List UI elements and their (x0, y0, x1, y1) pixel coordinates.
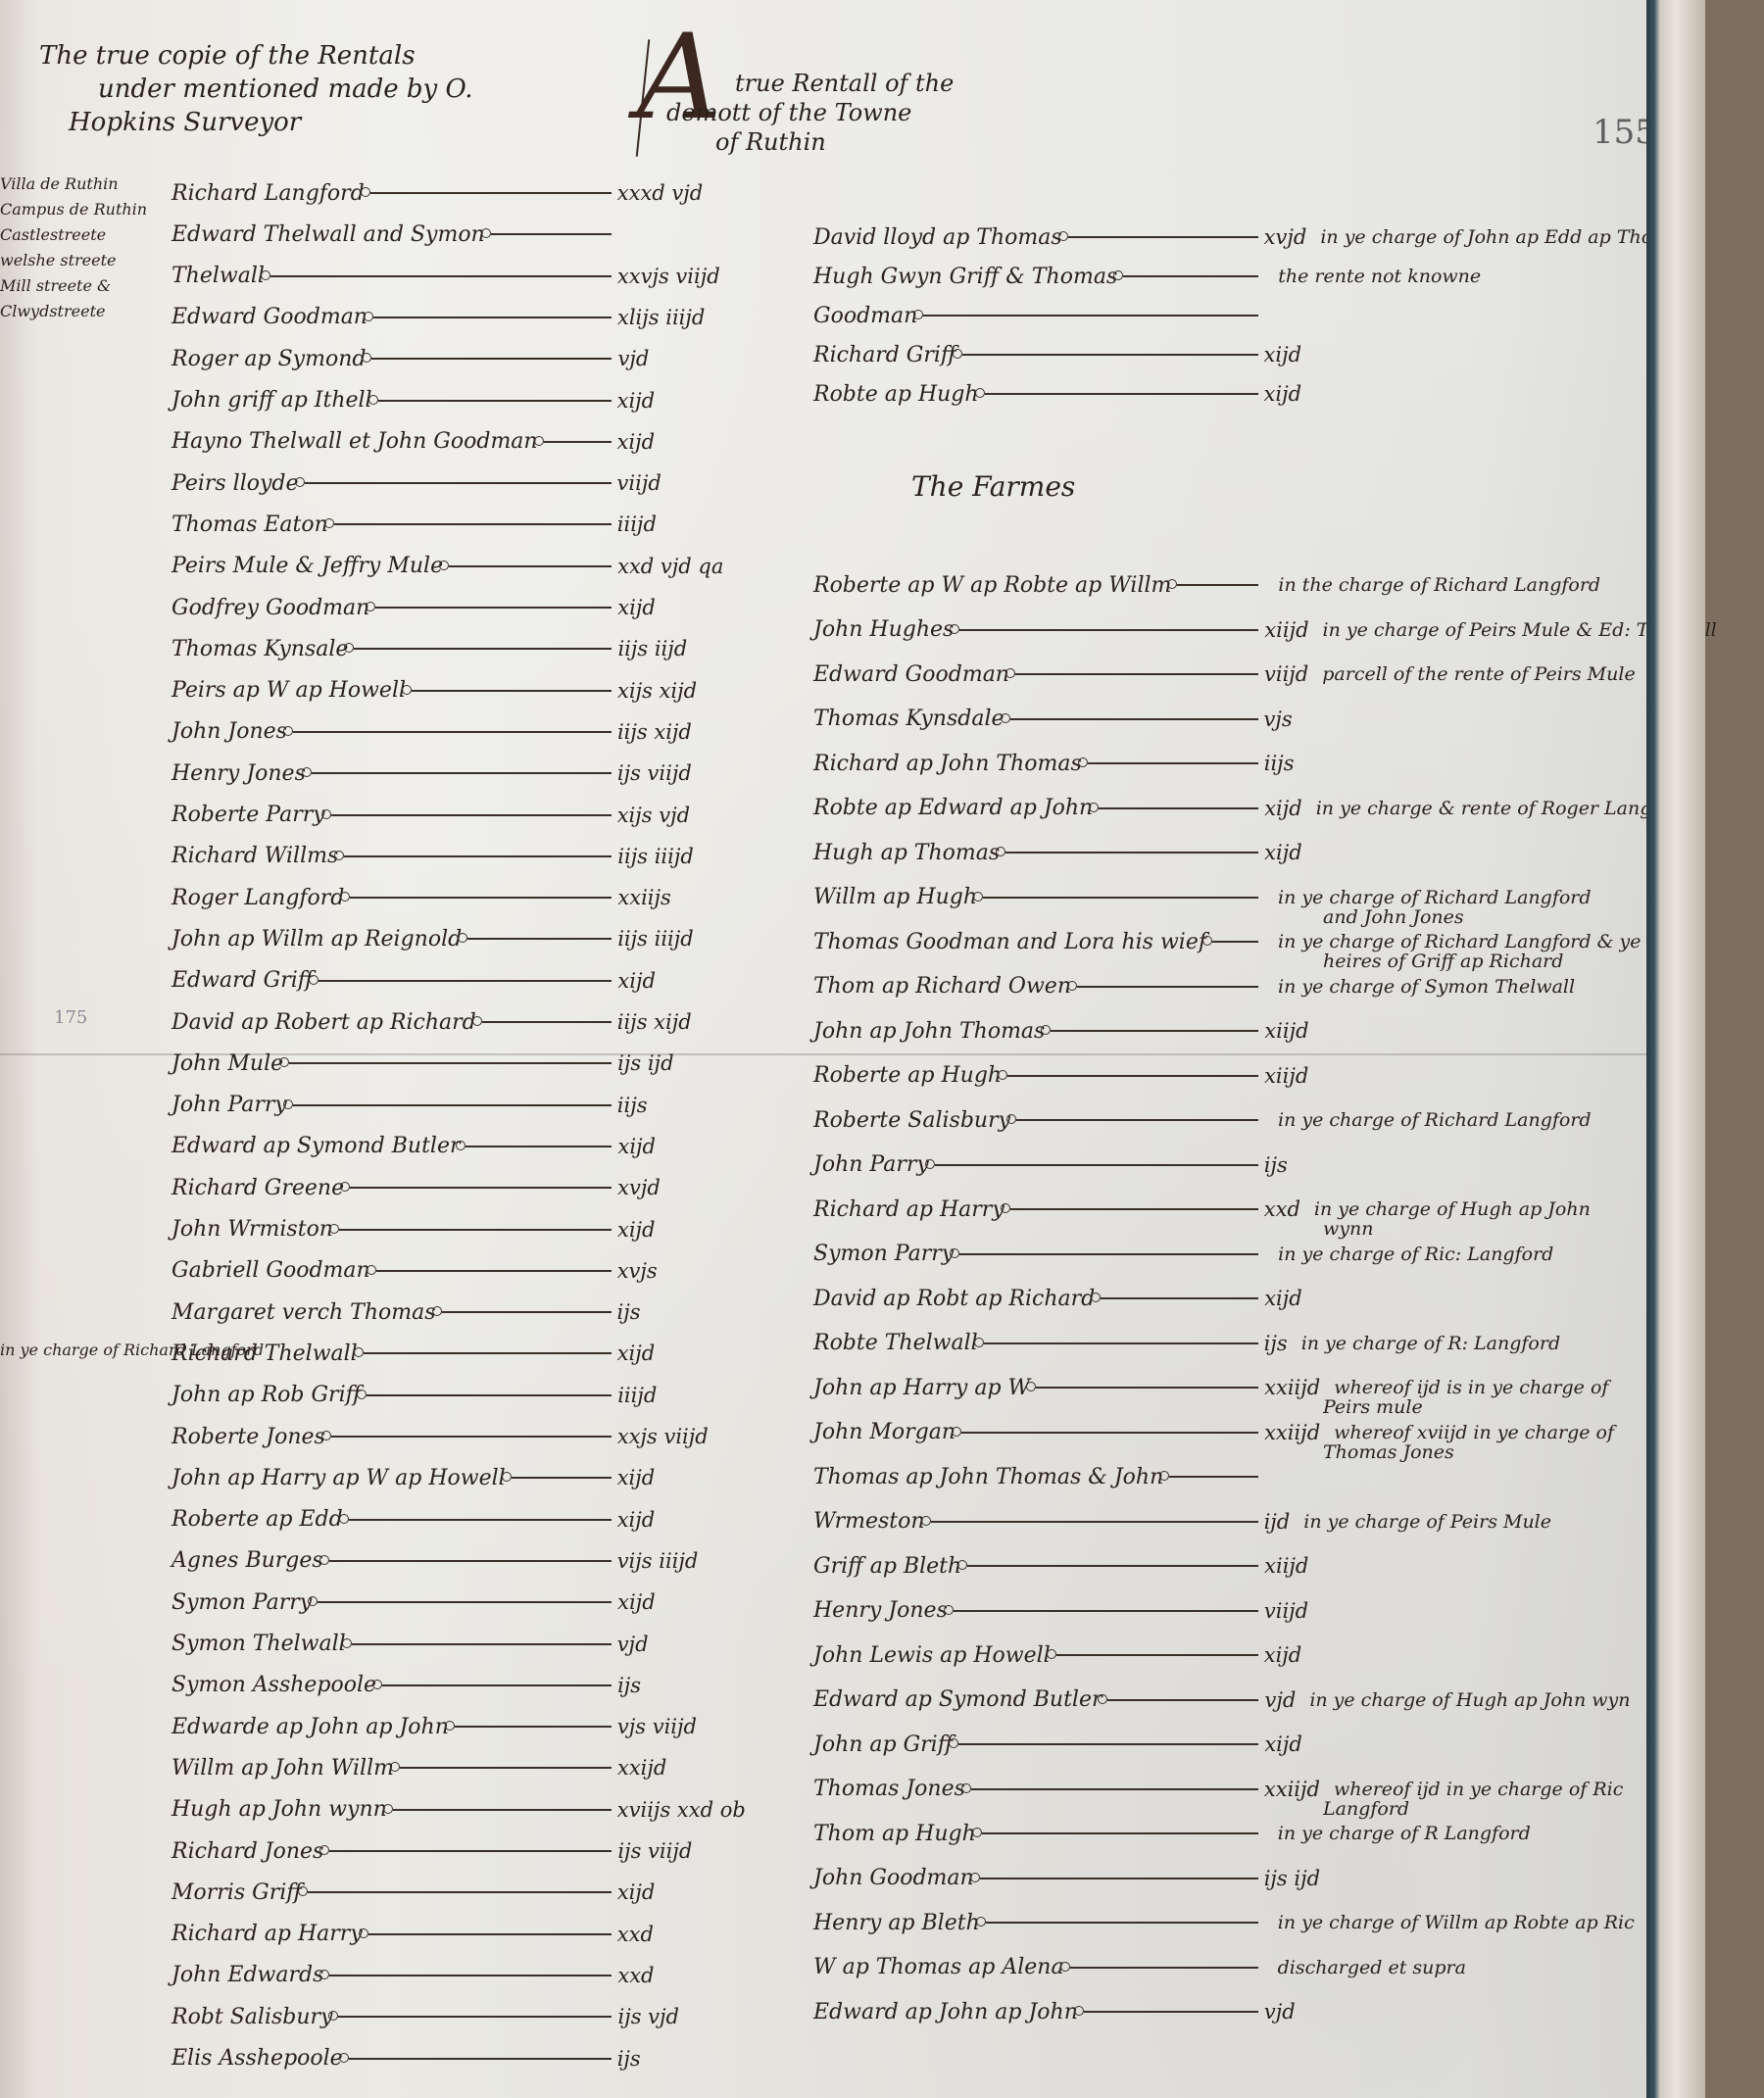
tenant-name: Symon Thelwall (171, 1632, 346, 1656)
rent-amount: xijd (1264, 797, 1302, 820)
rental-entry: Thomas ap John Thomas & John (813, 1460, 1278, 1493)
rental-entry: Peirs Mule & Jeffry Mulexxd vjd qa (171, 550, 723, 583)
charge-note: in ye charge of Willm ap Robte ap Ric (1278, 1912, 1635, 1933)
charge-note: in ye charge of Hugh ap John (1314, 1198, 1591, 1220)
leader-line (985, 393, 1258, 395)
leader-line (1056, 1654, 1258, 1656)
rental-entry: Willm ap Hughin ye charge of Richard Lan… (813, 881, 1592, 914)
leader-line (329, 1560, 612, 1562)
leader-line (352, 1643, 612, 1645)
tenant-name: Richard Langford (171, 181, 365, 206)
charge-note: in ye charge of John ap Edd ap Thomas (1320, 226, 1690, 248)
rental-entry: John Parryijs (813, 1148, 1301, 1182)
rental-entry: David ap Robt ap Richardxijd (813, 1282, 1316, 1315)
tenant-name: David ap Robert ap Richard (171, 1010, 476, 1035)
rent-amount: iijs iijd (617, 637, 687, 660)
margin-note: Villa de Ruthin (0, 171, 162, 197)
tenant-name: John ap Rob Griff (171, 1383, 361, 1407)
rental-entry: Symon Asshepooleijs (171, 1669, 641, 1702)
leader-line (967, 1565, 1258, 1567)
rental-entry: David lloyd ap Thomasxvjdin ye charge of… (813, 220, 1690, 254)
charge-note: in the charge of Richard Langford (1278, 574, 1600, 596)
rent-amount: xxxd vjd (617, 181, 703, 205)
rental-entry: John Lewis ap Howellxijd (813, 1638, 1315, 1672)
tenant-name: Richard ap Harry (171, 1922, 363, 1946)
tenant-name: W ap Thomas ap Alena (813, 1955, 1064, 1979)
leader-line (329, 1850, 612, 1852)
leader-line (544, 441, 612, 443)
rental-entry: Edward Thelwall and Symon (171, 218, 617, 251)
leader-line (1005, 852, 1258, 854)
charge-note: in ye charge & rente of Roger Langford (1316, 798, 1690, 819)
charge-note: in ye charge of Ric: Langford (1278, 1244, 1553, 1265)
rental-entry: John ap Griffxijd (813, 1728, 1316, 1761)
rental-entry: Roberte Jonesxxjs viijd (171, 1420, 709, 1453)
tenant-name: Edward Goodman (813, 662, 1009, 687)
rental-entry: John Parryiijs (171, 1089, 648, 1122)
tenant-name: Willm ap Hugh (813, 885, 977, 909)
tenant-name: John ap Harry ap W ap Howell (171, 1466, 506, 1490)
leader-line (1169, 1476, 1258, 1478)
rental-entry: Richard ap Harryxxdin ye charge of Hugh … (813, 1193, 1591, 1226)
leader-line (350, 897, 612, 899)
rent-amount: xxd (1264, 1197, 1300, 1221)
leader-line (368, 1933, 612, 1935)
leader-line (331, 1436, 612, 1438)
rental-entry: Robt Salisburyijs vjd (171, 2000, 679, 2033)
leader-line (339, 1229, 612, 1231)
tenant-name: John griff ap Ithell (171, 388, 372, 413)
rental-entry: Richard Griffxijd (813, 338, 1315, 371)
tenant-name: Richard Griff (813, 343, 956, 367)
tenant-name: Hugh ap John wynn (171, 1797, 387, 1822)
rent-amount: viijd (617, 471, 661, 495)
rental-entry: Hayno Thelwall et John Goodmanxijd (171, 425, 655, 459)
leader-line (293, 1104, 612, 1106)
leader-line (971, 1788, 1258, 1790)
tenant-name: Thomas Goodman and Lora his wief (813, 930, 1206, 954)
rental-entry: W ap Thomas ap Alenadischarged et supra (813, 1951, 1466, 1984)
tenant-name: Richard Jones (171, 1839, 323, 1864)
leader-line (962, 354, 1258, 356)
rent-amount: xviijs xxd ob (617, 1798, 746, 1822)
rental-entry: Richard Willmsiijs iiijd (171, 840, 694, 873)
rent-amount: iijs (617, 1094, 648, 1117)
tenant-name: Edward ap Symond Butler (813, 1687, 1102, 1712)
rent-amount: ijs (1264, 1332, 1288, 1355)
tenant-name: John Parry (813, 1152, 929, 1177)
tenant-name: Hugh Gwyn Griff & Thomas (813, 265, 1117, 289)
rental-entry: Goodman (813, 299, 1278, 332)
tenant-name: Edwarde ap John ap John (171, 1715, 449, 1739)
tenant-name: Edward Goodman (171, 305, 367, 329)
rental-entry: Thom ap Hughin ye charge of R Langford (813, 1817, 1531, 1850)
leader-line (370, 192, 612, 194)
rental-entry: John Hughesxiijdin ye charge of Peirs Mu… (813, 613, 1717, 647)
rent-amount: xiijd (1264, 1064, 1308, 1088)
charge-note: whereof ijd in ye charge of Ric (1334, 1779, 1623, 1800)
leader-line (312, 772, 612, 774)
rental-entry: Richard Thelwallxijd (171, 1337, 655, 1370)
tenant-name: Peirs ap W ap Howell (171, 678, 406, 703)
margin-note: Castlestreete (0, 222, 162, 248)
rental-entry: Edward Griffxijd (171, 964, 656, 998)
tenant-name: Roger Langford (171, 886, 344, 910)
rental-entry: Symon Parryin ye charge of Ric: Langford (813, 1238, 1553, 1271)
rental-entry: Edward Goodmanviijdparcell of the rente … (813, 658, 1636, 691)
tenant-name: Richard Greene (171, 1176, 344, 1200)
tenant-name: Wrmeston (813, 1509, 925, 1534)
tenant-name: Robt Salisbury (171, 2005, 332, 2029)
leader-line (1070, 1967, 1258, 1969)
tenant-name: Elis Asshepoole (171, 2046, 343, 2071)
rental-entry: John Muleijs ijd (171, 1047, 674, 1080)
tenant-name: Symon Asshepoole (171, 1673, 376, 1697)
rent-amount: ijs (1264, 1153, 1288, 1177)
charge-note: in ye charge of Richard Langford (1278, 1109, 1592, 1131)
rental-entry: Thomas Kynsdalevjs (813, 703, 1306, 736)
rent-amount: xxiijs (617, 886, 670, 909)
tenant-name: Richard ap Harry (813, 1197, 1004, 1222)
rent-amount: xiijd (1264, 1019, 1308, 1043)
rental-entry: John ap Harry ap Wxxiijdwhereof ijd is i… (813, 1371, 1608, 1404)
rent-amount: xijd (1264, 1643, 1302, 1667)
rent-amount: iiijd (617, 1384, 657, 1407)
leader-line (1212, 941, 1258, 943)
charge-note: the rente not knowne (1278, 266, 1481, 287)
leader-line (1015, 673, 1258, 675)
rent-amount: vjd (1264, 2000, 1296, 2024)
rental-entry: Edward Goodmanxlijs iiijd (171, 301, 705, 334)
tenant-name: Edward Griff (171, 968, 313, 993)
tenant-name: Edward Thelwall and Symon (171, 222, 485, 247)
rental-entry: Henry Jonesijs viijd (171, 756, 692, 790)
rent-amount: xijd (617, 1590, 656, 1614)
tenant-name: Peirs lloyde (171, 471, 299, 496)
leader-line (305, 482, 612, 484)
leader-line (1101, 1297, 1258, 1299)
rental-entry: David ap Robert ap Richardiijs xijd (171, 1005, 692, 1039)
rental-entry: Thelwallxxvjs viijd (171, 260, 720, 293)
leader-line (959, 629, 1258, 631)
leader-line (1068, 236, 1258, 238)
rent-amount: xijd (617, 1342, 656, 1365)
tenant-name: John Edwards (171, 1963, 323, 1987)
leader-line (373, 317, 612, 318)
rental-entry: John Goodmanijs ijd (813, 1862, 1334, 1895)
rental-entry: John ap Rob Griffiiijd (171, 1379, 657, 1412)
rent-amount: xxjs viijd (617, 1425, 709, 1448)
rental-entry: Hugh ap John wynnxviijs xxd ob (171, 1793, 746, 1827)
rent-amount: ijs (617, 2047, 641, 2071)
rent-amount: iijs xijd (617, 1010, 692, 1034)
rent-amount: xvjd (617, 1176, 661, 1199)
tenant-name: Griff ap Bleth (813, 1554, 961, 1579)
leader-line (984, 1342, 1258, 1344)
charge-note: whereof xviijd in ye charge of (1334, 1422, 1614, 1443)
tenant-name: Robte ap Edward ap John (813, 796, 1093, 820)
rent-amount: vjs viijd (617, 1715, 697, 1738)
rental-entry: Thomas Jonesxxiijdwhereof ijd in ye char… (813, 1773, 1623, 1806)
rent-amount: xijd (1264, 343, 1302, 366)
leader-line (354, 648, 612, 650)
leader-line (958, 1743, 1258, 1745)
rental-entry: Wrmestonijdin ye charge of Peirs Mule (813, 1505, 1551, 1538)
header-line: of Ruthin (666, 127, 1078, 157)
leader-line (1099, 807, 1258, 809)
tenant-name: Richard ap John Thomas (813, 752, 1082, 776)
tenant-name: Roberte Salisbury (813, 1108, 1010, 1133)
tenant-name: Roberte ap Edd (171, 1507, 343, 1532)
tenant-name: John Jones (171, 719, 287, 744)
leader-line (376, 1270, 612, 1272)
tenant-name: John ap Harry ap W (813, 1376, 1030, 1400)
leader-line (455, 1726, 612, 1728)
leader-line (338, 2016, 612, 2018)
tenant-name: Morris Griff (171, 1880, 302, 1905)
leader-line (371, 358, 612, 360)
rental-entry: Thom ap Richard Owenin ye charge of Symo… (813, 970, 1575, 1003)
rental-entry: Richard Jonesijs viijd (171, 1834, 692, 1868)
rent-amount: xxijd (617, 1756, 666, 1780)
tenant-name: Richard Willms (171, 844, 338, 868)
rent-amount: xijd (1264, 1287, 1302, 1310)
leader-line (959, 1253, 1258, 1255)
leader-line (289, 1062, 612, 1064)
manuscript-page: The true copie of the Rentals under ment… (0, 0, 1705, 2098)
tenant-name: John ap Willm ap Reignold (171, 927, 462, 951)
rent-amount: iijs iiijd (617, 845, 694, 868)
tenant-name: Margaret verch Thomas (171, 1300, 436, 1325)
header-left: The true copie of the Rentals under ment… (39, 39, 647, 139)
rent-amount: xijd (1264, 1732, 1302, 1756)
rental-entry: John ap Harry ap W ap Howellxijd (171, 1461, 655, 1494)
charge-note: parcell of the rente of Peirs Mule (1322, 663, 1635, 685)
leader-line (482, 1021, 612, 1023)
rent-amount: xijd (617, 1466, 656, 1489)
rental-entry: Elis Asshepooleijs (171, 2042, 641, 2075)
rent-amount: vjd (617, 347, 649, 370)
header-right: true Rentall of the demott of the Towne … (666, 69, 1078, 157)
rent-amount: ijs (617, 1674, 641, 1697)
rent-amount: xijs vjd (617, 804, 690, 827)
tenant-name: Hayno Thelwall et John Goodman (171, 429, 538, 454)
binding-edge (1646, 0, 1705, 2098)
tenant-name: Robte ap Hugh (813, 382, 979, 407)
rent-amount: iiijd (617, 512, 657, 536)
rental-entry: Roberte ap Hughxiijd (813, 1059, 1322, 1093)
tenant-name: John Parry (171, 1093, 287, 1117)
tenant-name: Thom ap Hugh (813, 1822, 976, 1846)
tenant-name: Godfrey Goodman (171, 596, 369, 620)
leader-line (318, 980, 612, 982)
leader-line (983, 897, 1258, 899)
margin-note: Mill streete & (0, 273, 162, 299)
rental-entry: Edward ap Symond Butlerxijd (171, 1130, 656, 1163)
tenant-name: John Mule (171, 1051, 283, 1076)
tenant-name: Roberte ap W ap Robte ap Willm (813, 573, 1171, 598)
tenant-name: Roberte Jones (171, 1425, 325, 1449)
tenant-name: Edward ap John ap John (813, 2000, 1078, 2025)
leader-line (1088, 762, 1258, 764)
rent-amount: xijd (1264, 841, 1302, 864)
leader-line (467, 938, 612, 940)
leader-line (935, 1164, 1258, 1166)
rental-entry: Morris Griffxijd (171, 1876, 655, 1909)
rental-entry: John ap Willm ap Reignoldiijs iiijd (171, 922, 694, 955)
rental-entry: John Jonesiijs xijd (171, 715, 692, 749)
rental-entry: Robte ap Hughxijd (813, 377, 1315, 411)
rent-amount: xvjd (1264, 225, 1307, 249)
charge-note: in ye charge of R Langford (1278, 1823, 1531, 1844)
leader-line (1077, 986, 1258, 988)
rent-amount: xxiijd (1264, 1778, 1320, 1801)
rent-amount: vjd (617, 1633, 649, 1656)
rental-entry: Richard ap Harryxxd (171, 1918, 654, 1951)
leader-line (1123, 275, 1258, 277)
leader-line (349, 2058, 612, 2060)
rent-amount: xiijd (1264, 618, 1308, 642)
tenant-name: Goodman (813, 304, 917, 328)
rent-amount: iijs xijd (617, 720, 692, 744)
charge-note: in ye charge of Peirs Mule (1303, 1511, 1551, 1533)
rental-entry: Roberte Salisburyin ye charge of Richard… (813, 1103, 1592, 1137)
rent-amount: ijs ijd (1264, 1867, 1320, 1890)
leader-line (986, 1922, 1258, 1924)
tenant-name: Roberte ap Hugh (813, 1063, 1002, 1088)
rental-entry: Symon Parryxijd (171, 1586, 656, 1619)
rental-entry: Symon Thelwallvjd (171, 1628, 649, 1661)
rental-entry: Robte ap Edward ap Johnxijdin ye charge … (813, 792, 1690, 825)
rental-entry: Thomas Kynsaleiijs iijd (171, 632, 687, 665)
rent-amount: ijs (617, 1300, 641, 1324)
leader-line (465, 1146, 612, 1147)
leader-line (923, 315, 1258, 317)
rental-entry: Richard Greenexvjd (171, 1171, 661, 1204)
rental-entry: Roberte ap Eddxijd (171, 1503, 655, 1537)
rental-entry: Agnes Burgesvijs iiijd (171, 1544, 698, 1578)
rental-entry: Edwarde ap John ap Johnvjs viijd (171, 1710, 697, 1743)
tenant-name: David lloyd ap Thomas (813, 225, 1062, 250)
leader-line (378, 400, 612, 402)
header-line: under mentioned made by O. (39, 73, 647, 106)
rental-entry: Roger ap Symondvjd (171, 342, 649, 375)
leader-line (442, 1311, 612, 1313)
rent-amount: xijd (617, 1135, 656, 1158)
rental-entry: Margaret verch Thomasijs (171, 1295, 641, 1329)
leader-line (1084, 2011, 1258, 2013)
tenant-name: John Hughes (813, 617, 954, 642)
margin-notes: Villa de Ruthin Campus de Ruthin Castles… (0, 171, 162, 324)
charge-note: in ye charge of R: Langford (1301, 1333, 1560, 1354)
leader-line (491, 233, 612, 235)
leader-line (954, 1610, 1258, 1612)
tenant-name: Thomas ap John Thomas & John (813, 1465, 1163, 1489)
rental-entry: Godfrey Goodmanxijd (171, 591, 656, 624)
rental-entry: Robte Thelwallijsin ye charge of R: Lang… (813, 1327, 1560, 1360)
leader-line (308, 1891, 612, 1893)
charge-note: in ye charge of Richard Langford (1278, 887, 1592, 908)
tenant-name: Robte Thelwall (813, 1331, 978, 1355)
rent-amount: vijs iiijd (617, 1549, 699, 1573)
leader-line (344, 855, 612, 857)
leader-line (293, 731, 612, 733)
tenant-name: John Morgan (813, 1420, 955, 1444)
tenant-name: Thomas Kynsale (171, 637, 348, 661)
leader-line (1016, 1119, 1258, 1121)
charge-note: discharged et supra (1278, 1957, 1466, 1978)
rent-amount: vjs (1264, 707, 1293, 731)
tenant-name: Thomas Eaton (171, 512, 328, 537)
tenant-name: Thomas Kynsdale (813, 707, 1004, 731)
rent-amount: viijd (1264, 1599, 1308, 1623)
rent-amount: xxd (617, 1923, 654, 1946)
rental-entry: John Edwardsxxd (171, 1959, 655, 1992)
rental-entry: John griff ap Ithellxijd (171, 384, 655, 417)
leader-line (318, 1601, 612, 1603)
rent-amount: xijd (617, 389, 656, 413)
leader-line (331, 814, 612, 816)
rent-amount: xlijs iiijd (617, 306, 705, 329)
rental-entry: Gabriell Goodmanxvjs (171, 1254, 658, 1288)
rental-entry: Thomas Goodman and Lora his wiefin ye ch… (813, 925, 1641, 958)
rental-entry: Edward ap John ap Johnvjd (813, 1995, 1309, 2028)
leader-line (382, 1684, 612, 1686)
rental-entry: Griff ap Blethxiijd (813, 1549, 1322, 1583)
rent-amount: xiijd (1264, 1554, 1308, 1578)
rental-entry: Willm ap John Willmxxijd (171, 1751, 666, 1784)
leader-line (400, 1767, 612, 1769)
leader-line (367, 1394, 612, 1396)
tenant-name: Gabriell Goodman (171, 1258, 370, 1283)
rent-amount: xijd (617, 430, 656, 454)
tenant-name: Richard Thelwall (171, 1342, 358, 1366)
leader-line (982, 1832, 1258, 1834)
rent-amount: xijd (617, 596, 656, 619)
rent-amount: viijd (1264, 662, 1308, 686)
leader-line (375, 607, 612, 609)
tenant-name: John ap John Thomas (813, 1019, 1045, 1044)
leader-line (1010, 1208, 1258, 1210)
rental-entry: Peirs lloydeviijd (171, 466, 661, 500)
leader-line (412, 690, 612, 692)
leader-line (512, 1477, 612, 1479)
section-title-farmes: The Farmes (911, 470, 1075, 503)
rent-amount: ijs ijd (617, 1051, 673, 1075)
leader-line (961, 1432, 1258, 1434)
tenant-name: Thom ap Richard Owen (813, 974, 1071, 999)
header-line: Hopkins Surveyor (39, 106, 647, 139)
rent-amount: xxiijd (1264, 1421, 1320, 1444)
leader-line (364, 1352, 612, 1354)
tenant-name: John Lewis ap Howell (813, 1643, 1051, 1668)
rental-entry: Roberte ap W ap Robte ap Willmin the cha… (813, 568, 1600, 602)
rent-amount: iijs (1264, 752, 1295, 775)
rental-entry: Thomas Eatoniiijd (171, 508, 657, 541)
leader-line (1007, 1075, 1258, 1077)
margin-folio-note: 175 (54, 1007, 87, 1028)
leader-line (449, 565, 612, 567)
rent-amount: xijs xijd (617, 679, 697, 703)
leader-line (270, 275, 612, 277)
leader-line (1036, 1387, 1258, 1389)
tenant-name: Henry Jones (813, 1598, 948, 1623)
tenant-name: John Wrmiston (171, 1217, 333, 1242)
tenant-name: Henry ap Bleth (813, 1911, 980, 1935)
margin-note: Clwydstreete (0, 299, 162, 324)
tenant-name: Roberte Parry (171, 803, 325, 827)
tenant-name: Thomas Jones (813, 1777, 965, 1801)
